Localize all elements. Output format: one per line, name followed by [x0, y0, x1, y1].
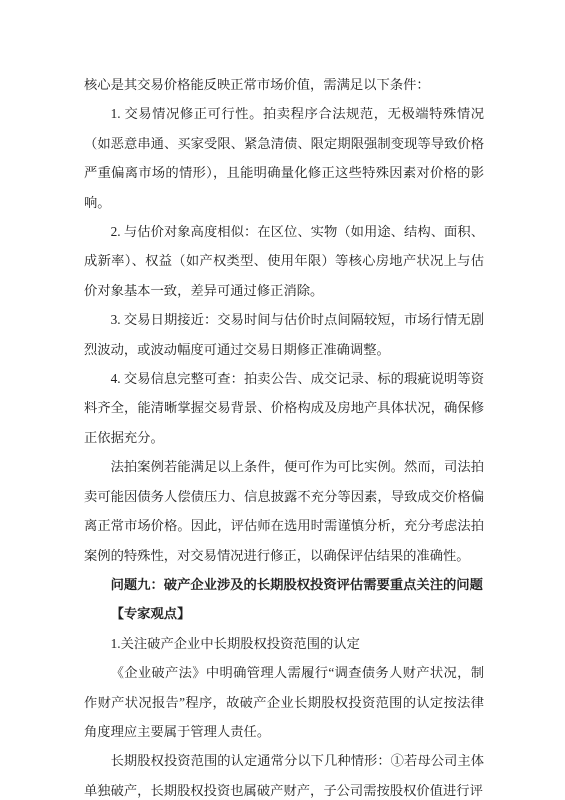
condition-item-3: 3. 交易日期接近：交易时间与估价时点间隔较短，市场行情无剧烈波动，或波动幅度可…	[84, 305, 484, 364]
sub-heading-item-1: 1.关注破产企业中长期股权投资范围的认定	[84, 629, 484, 658]
condition-item-1: 1. 交易情况修正可行性。拍卖程序合法规范，无极端特殊情况（如恶意串通、买家受限…	[84, 99, 484, 217]
document-page: 核心是其交易价格能反映正常市场价值，需满足以下条件： 1. 交易情况修正可行性。…	[0, 0, 565, 800]
body-paragraph-bankruptcy-law: 《企业破产法》中明确管理人需履行“调查债务人财产状况，制作财产状况报告”程序，故…	[84, 658, 484, 746]
section-heading-question-9: 问题九：破产企业涉及的长期股权投资评估需要重点关注的问题	[84, 570, 484, 599]
condition-item-4: 4. 交易信息完整可查：拍卖公告、成交记录、标的瑕疵说明等资料齐全，能清晰掌握交…	[84, 364, 484, 452]
body-paragraph-conclusion: 法拍案例若能满足以上条件，便可作为可比实例。然而，司法拍卖可能因债务人偿债压力、…	[84, 452, 484, 570]
condition-item-2: 2. 与估价对象高度相似：在区位、实物（如用途、结构、面积、成新率）、权益（如产…	[84, 217, 484, 305]
body-paragraph-continuation: 核心是其交易价格能反映正常市场价值，需满足以下条件：	[84, 70, 484, 99]
body-paragraph-scope-cases: 长期股权投资范围的认定通常分以下几种情形：①若母公司主体单独破产，长期股权投资也…	[84, 746, 484, 800]
expert-opinion-label: 【专家观点】	[84, 599, 484, 628]
